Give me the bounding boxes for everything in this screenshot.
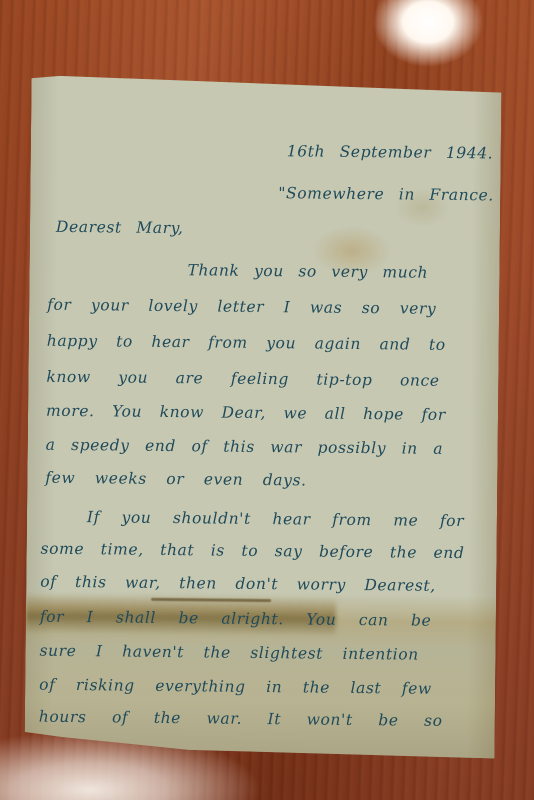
letter-paper: 16th September 1944. "Somewhere in Franc… xyxy=(24,76,501,759)
letter-line: a speedy end of this war possibly in a xyxy=(46,436,444,458)
letter-line: know you are feeling tip-top once xyxy=(46,368,439,390)
letter-line: If you shouldn't hear from me for xyxy=(87,508,464,530)
letter-line: sure I haven't the slightest intention xyxy=(39,642,418,664)
letter-line: few weeks or even days. xyxy=(45,469,306,490)
letter-line: happy to hear from you again and to xyxy=(47,332,446,354)
letter-location: "Somewhere in France. xyxy=(278,184,494,204)
letter-line: for your lovely letter I was so very xyxy=(47,296,436,318)
letter-line: of risking everything in the last few xyxy=(39,676,432,698)
letter-line: Thank you so very much xyxy=(187,261,428,282)
letter-line: hours of the war. It won't be so xyxy=(39,708,443,730)
letter-line: some time, that is to say before the end xyxy=(41,540,465,562)
letter-line: more. You know Dear, we all hope for xyxy=(46,402,446,424)
letter-date: 16th September 1944. xyxy=(287,142,494,162)
letter-salutation: Dearest Mary, xyxy=(56,218,184,237)
letter-line: of this war, then don't worry Dearest, xyxy=(40,573,436,595)
